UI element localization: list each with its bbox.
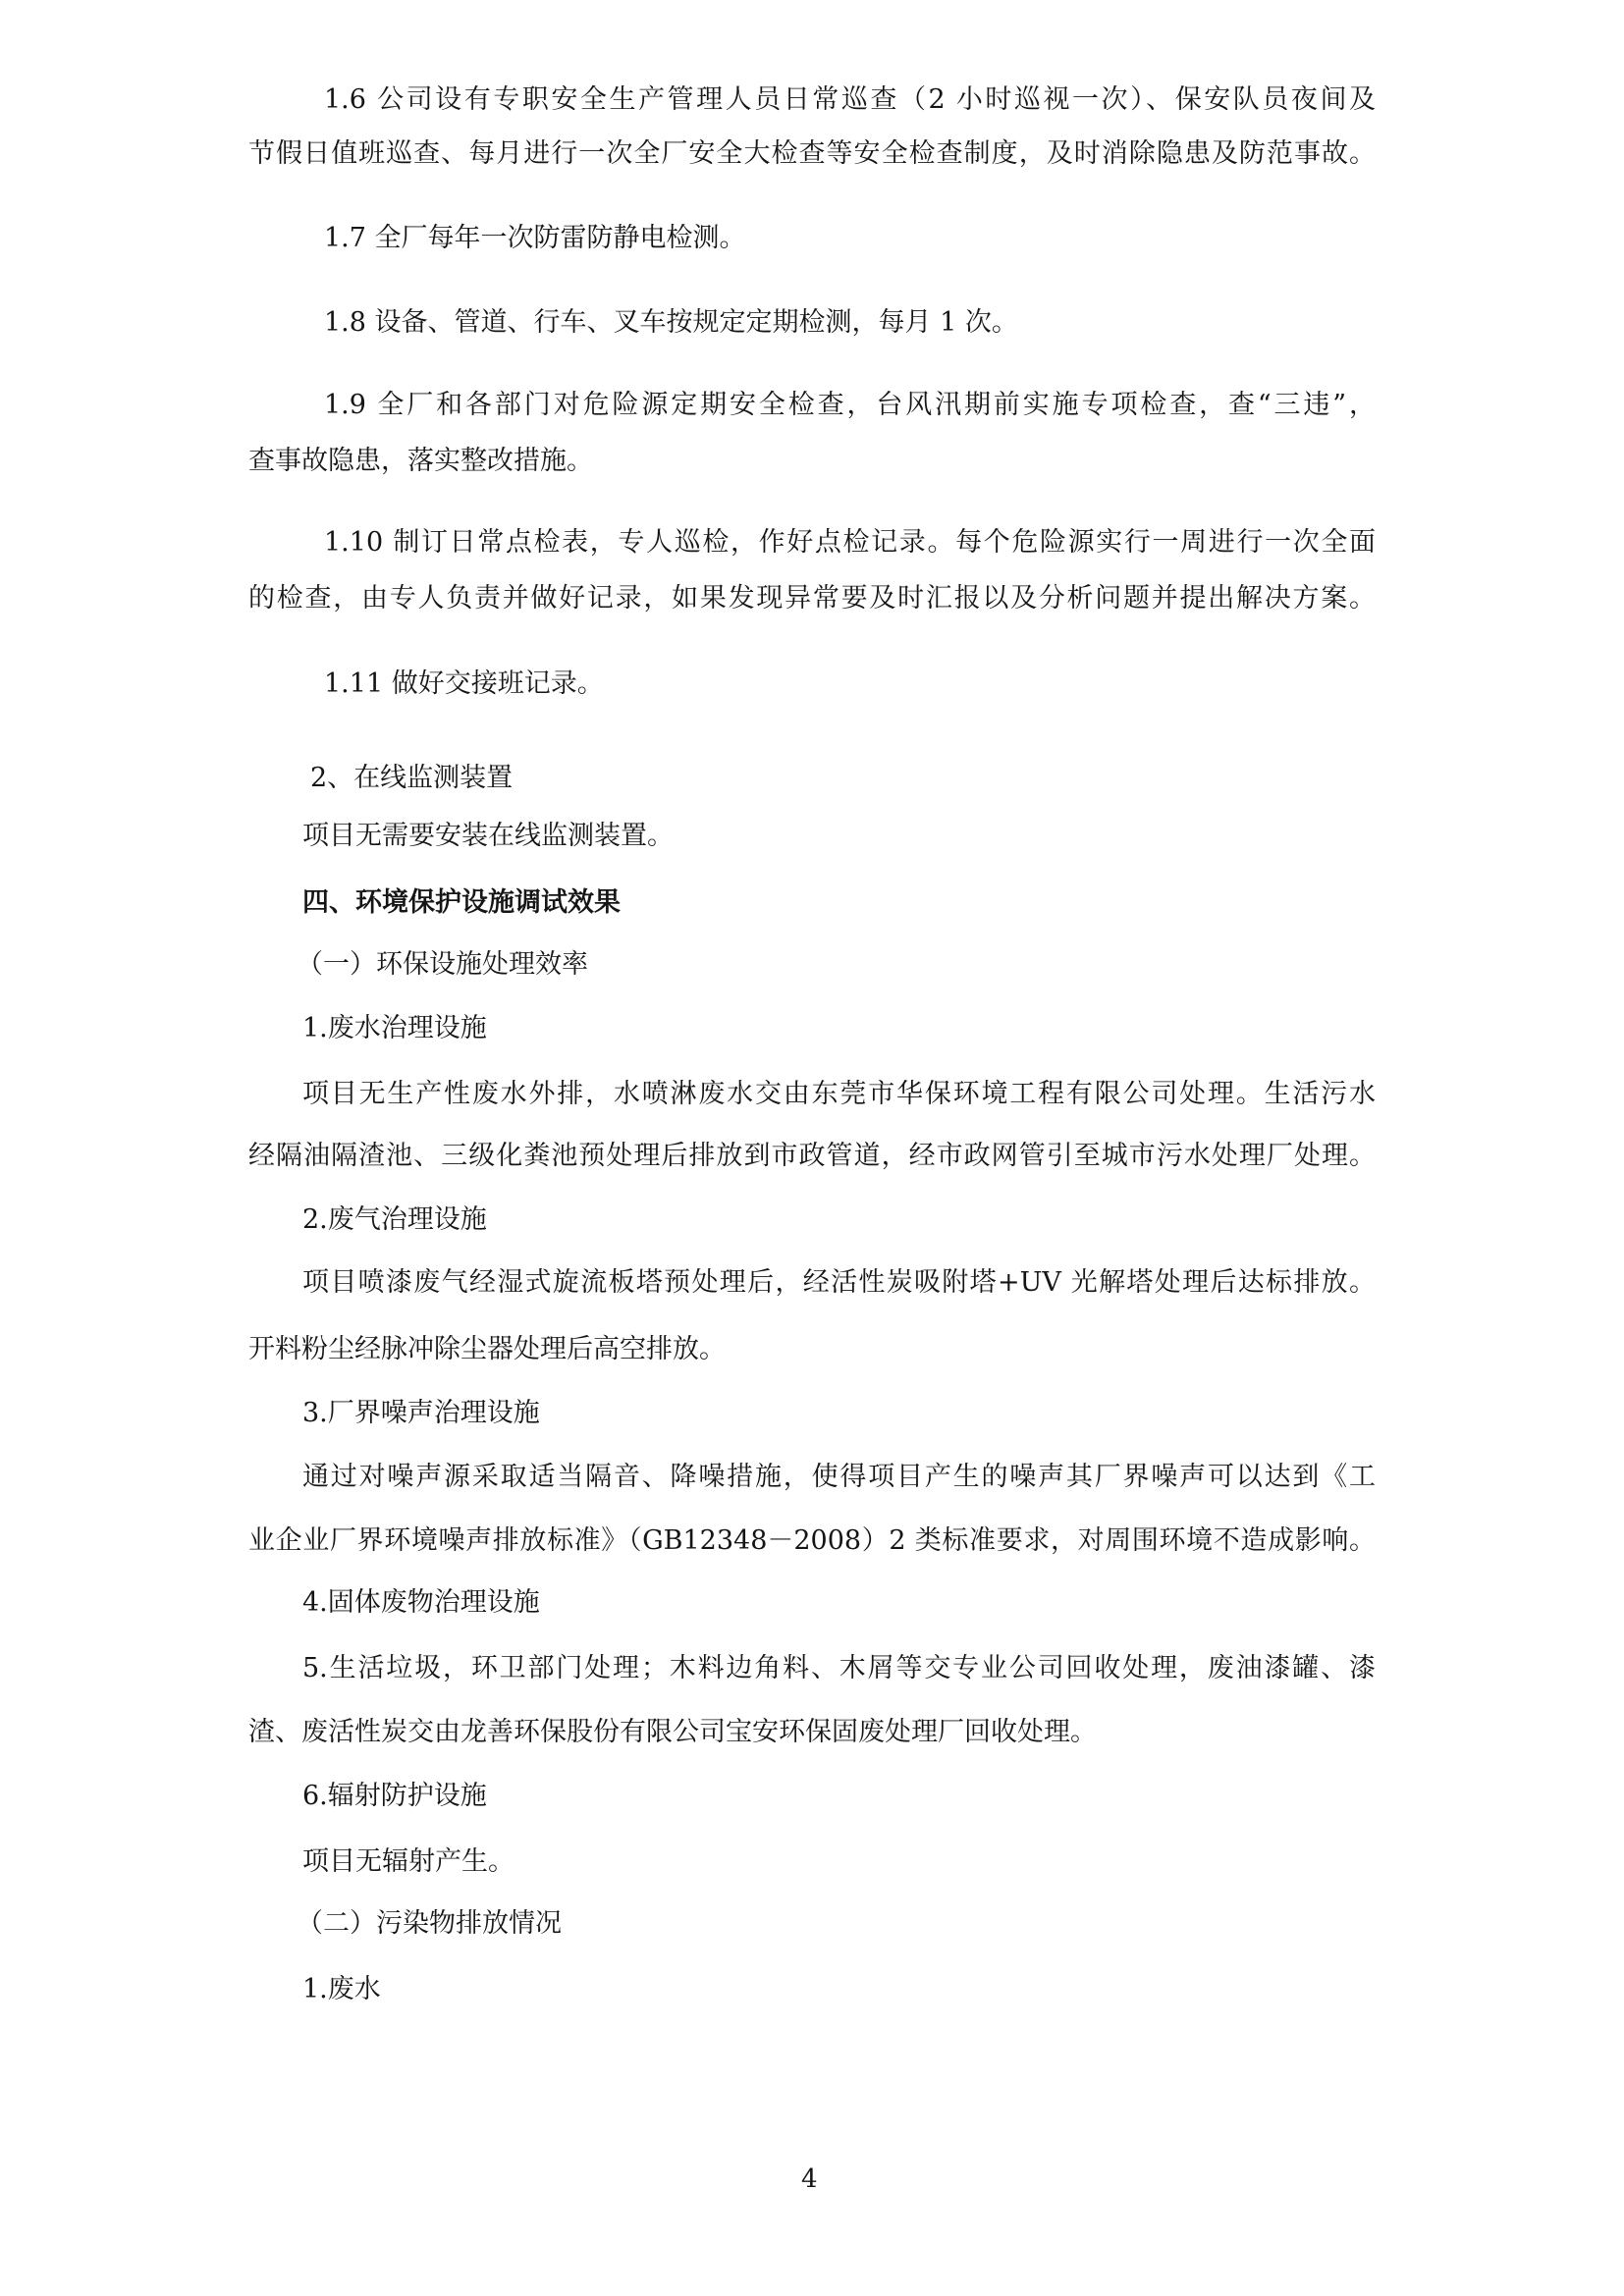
paragraph-1-9-line-2: 查事故隐患，落实整改措施。 — [248, 445, 593, 478]
paragraph-1-6-line-2: 节假日值班巡查、每月进行一次全厂安全大检查等安全检查制度，及时消除隐患及防范事故… — [248, 137, 1376, 171]
paragraph-1-8: 1.8 设备、管道、行车、叉车按规定定期检测，每月 1 次。 — [324, 306, 1018, 340]
paragraph-1-10-line-1: 1.10 制订日常点检表，专人巡检，作好点检记录。每个危险源实行一周进行一次全面 — [324, 526, 1376, 560]
item-wastewater-line-2: 经隔油隔渣池、三级化粪池预处理后排放到市政管道，经市政网管引至城市污水处理厂处理… — [248, 1140, 1376, 1173]
item-noise-line-1: 通过对噪声源采取适当隔音、降噪措施，使得项目产生的噪声其厂界噪声可以达到《工 — [302, 1461, 1376, 1494]
paragraph-1-11: 1.11 做好交接班记录。 — [324, 667, 604, 701]
item-noise-title: 3.厂界噪声治理设施 — [302, 1397, 540, 1430]
subheading-pollutant-discharge: （二）污染物排放情况 — [297, 1907, 562, 1941]
section-heading-environmental-facilities: 四、环境保护设施调试效果 — [302, 886, 621, 920]
item-noise-line-2: 业企业厂界环境噪声排放标准》（GB12348－2008）2 类标准要求，对周围环… — [248, 1524, 1376, 1558]
item-radiation-title: 6.辐射防护设施 — [302, 1780, 487, 1813]
document-page: 1.6 公司设有专职安全生产管理人员日常巡查（2 小时巡视一次）、保安队员夜间及… — [0, 0, 1624, 2296]
item-radiation-body: 项目无辐射产生。 — [302, 1845, 514, 1879]
item-wastewater-line-1: 项目无生产性废水外排，水喷淋废水交由东莞市华保环境工程有限公司处理。生活污水 — [302, 1078, 1376, 1111]
item-exhaust-title: 2.废气治理设施 — [302, 1203, 487, 1237]
item-exhaust-line-2: 开料粉尘经脉冲除尘器处理后高空排放。 — [248, 1333, 726, 1366]
heading-online-monitoring: 2、在线监测装置 — [310, 762, 513, 795]
paragraph-online-monitoring: 项目无需要安装在线监测装置。 — [302, 820, 674, 853]
item-discharge-wastewater: 1.废水 — [302, 1973, 381, 2006]
item-exhaust-line-1: 项目喷漆废气经湿式旋流板塔预处理后，经活性炭吸附塔+UV 光解塔处理后达标排放。 — [302, 1266, 1376, 1300]
paragraph-1-6-line-1: 1.6 公司设有专职安全生产管理人员日常巡查（2 小时巡视一次）、保安队员夜间及 — [324, 83, 1376, 117]
paragraph-1-10-line-2: 的检查，由专人负责并做好记录，如果发现异常要及时汇报以及分析问题并提出解决方案。 — [248, 582, 1376, 615]
item-garbage-line-1: 5.生活垃圾，环卫部门处理；木料边角料、木屑等交专业公司回收处理，废油漆罐、漆 — [302, 1652, 1376, 1685]
paragraph-1-9-line-1: 1.9 全厂和各部门对危险源定期安全检查，台风汛期前实施专项检查，查“三违”， — [324, 389, 1376, 422]
item-wastewater-title: 1.废水治理设施 — [302, 1012, 487, 1045]
page-number: 4 — [801, 2163, 818, 2196]
subheading-treatment-efficiency: （一）环保设施处理效率 — [297, 948, 588, 982]
item-solid-waste-title: 4.固体废物治理设施 — [302, 1586, 540, 1620]
item-garbage-line-2: 渣、废活性炭交由龙善环保股份有限公司宝安环保固废处理厂回收处理。 — [248, 1716, 1097, 1749]
paragraph-1-7: 1.7 全厂每年一次防雷防静电检测。 — [324, 222, 746, 255]
